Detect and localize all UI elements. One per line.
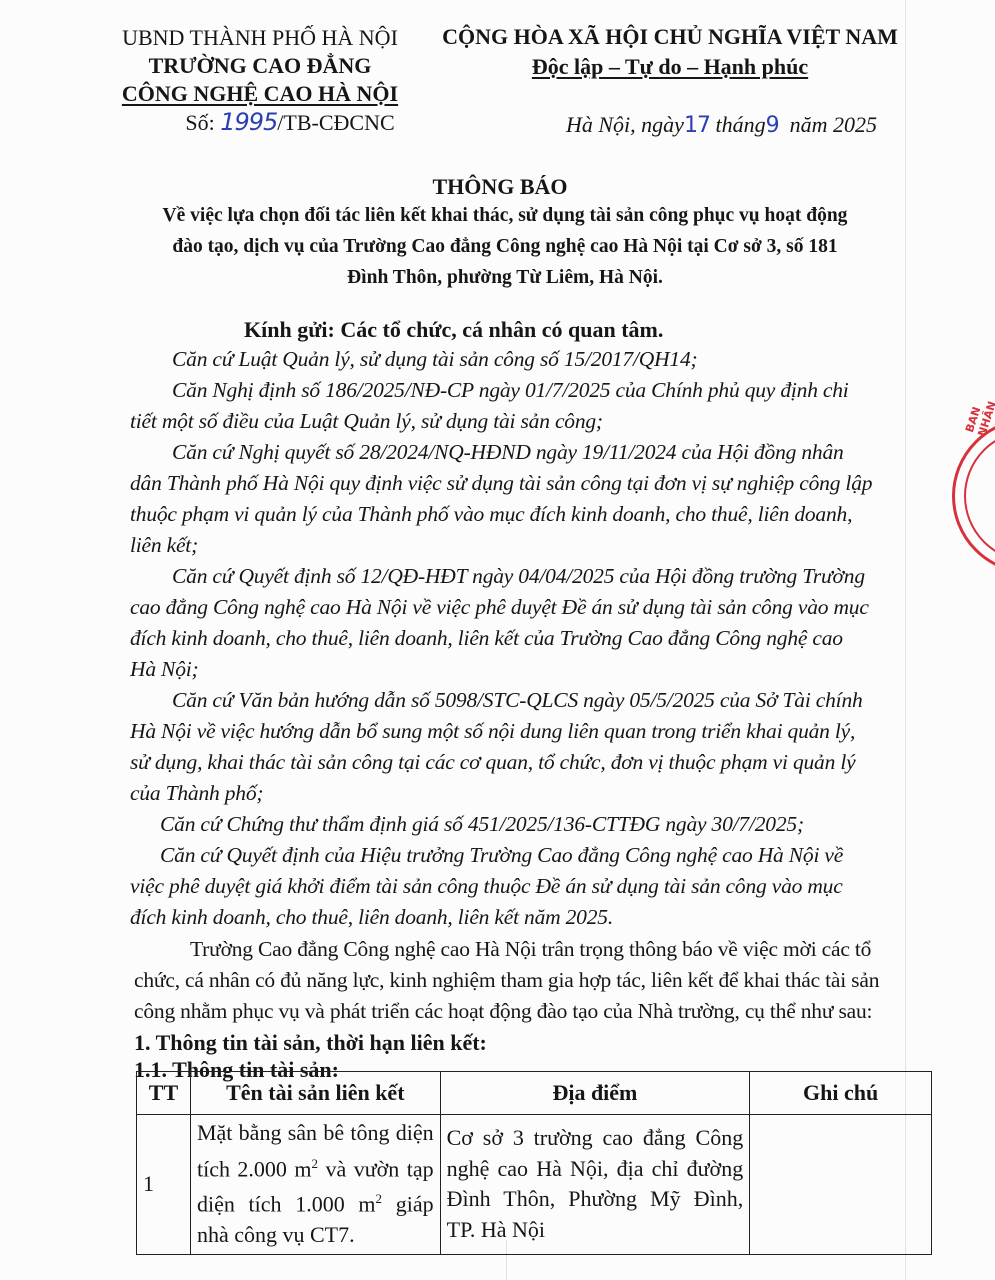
legal-basis-line: Căn cứ Chứng thư thẩm định giá số 451/20… <box>160 812 804 837</box>
column-header-asset-name: Tên tài sản liên kết <box>190 1072 440 1115</box>
legal-basis-line: cao đẳng Công nghệ cao Hà Nội về việc ph… <box>130 595 869 620</box>
section-heading: 1. Thông tin tài sản, thời hạn liên kết: <box>134 1030 487 1056</box>
legal-basis-line: việc phê duyệt giá khởi điểm tài sản côn… <box>130 874 843 899</box>
cell-tt: 1 <box>137 1115 191 1255</box>
cell-location: Cơ sở 3 trường cao đẳng Công nghệ cao Hà… <box>440 1115 750 1255</box>
cell-asset-name: Mặt bằng sân bê tông diện tích 2.000 m2 … <box>190 1115 440 1255</box>
nation-name: CỘNG HÒA XÃ HỘI CHỦ NGHĨA VIỆT NAM <box>435 22 905 52</box>
legal-basis-line: thuộc phạm vi quản lý của Thành phố vào … <box>130 502 852 527</box>
legal-basis-line: dân Thành phố Hà Nội quy định việc sử dụ… <box>130 471 872 496</box>
intro-line: công nhằm phục vụ và phát triển các hoạt… <box>134 999 872 1024</box>
document-number: Số: 1995/TB-CĐCNC <box>100 108 420 137</box>
document-subtitle: Về việc lựa chọn đối tác liên kết khai t… <box>140 200 870 293</box>
legal-basis-line: tiết một số điều của Luật Quản lý, sử dụ… <box>130 409 603 434</box>
legal-basis-line: Căn cứ Quyết định số 12/QĐ-HĐT ngày 04/0… <box>172 564 865 589</box>
issuing-organization: UBND THÀNH PHỐ HÀ NỘI TRƯỜNG CAO ĐẲNG CÔ… <box>100 24 420 137</box>
legal-basis-line: Căn cứ Văn bản hướng dẫn số 5098/STC-QLC… <box>172 688 863 713</box>
asset-table: TT Tên tài sản liên kết Địa điểm Ghi chú… <box>136 1071 932 1255</box>
table-row: 1 Mặt bằng sân bê tông diện tích 2.000 m… <box>137 1115 932 1255</box>
org-name-line2: CÔNG NGHỆ CAO HÀ NỘI <box>100 80 420 108</box>
legal-basis-line: Căn Nghị định số 186/2025/NĐ-CP ngày 01/… <box>172 378 849 403</box>
table-header-row: TT Tên tài sản liên kết Địa điểm Ghi chú <box>137 1072 932 1115</box>
intro-line: chức, cá nhân có đủ năng lực, kinh nghiệ… <box>134 968 879 993</box>
legal-basis-line: Căn cứ Quyết định của Hiệu trưởng Trường… <box>160 843 843 868</box>
legal-basis-line: Hà Nội về việc hướng dẫn bổ sung một số … <box>130 719 855 744</box>
column-header-tt: TT <box>137 1072 191 1115</box>
legal-basis-line: đích kinh doanh, cho thuê, liên doanh, l… <box>130 626 843 651</box>
handwritten-month: 9 <box>766 113 779 138</box>
recipient: Kính gửi: Các tổ chức, cá nhân có quan t… <box>244 317 663 343</box>
official-stamp <box>952 418 995 574</box>
org-name-line1: TRƯỜNG CAO ĐẲNG <box>100 52 420 80</box>
issue-date: Hà Nội, ngày17 tháng9 năm 2025 <box>566 112 877 138</box>
legal-basis-line: liên kết; <box>130 533 198 558</box>
handwritten-number: 1995 <box>220 108 277 136</box>
nation-motto: Độc lập – Tự do – Hạnh phúc <box>435 52 905 82</box>
column-header-note: Ghi chú <box>750 1072 932 1115</box>
legal-basis-line: Căn cứ Luật Quản lý, sử dụng tài sản côn… <box>172 347 697 372</box>
national-header: CỘNG HÒA XÃ HỘI CHỦ NGHĨA VIỆT NAM Độc l… <box>435 22 905 82</box>
document-title: THÔNG BÁO <box>140 174 860 200</box>
cell-note <box>750 1115 932 1255</box>
legal-basis-line: đích kinh doanh, cho thuê, liên doanh, l… <box>130 905 613 930</box>
intro-line: Trường Cao đẳng Công nghệ cao Hà Nội trâ… <box>190 937 871 962</box>
legal-basis-line: sử dụng, khai thác tài sản công tại các … <box>130 750 855 775</box>
column-header-location: Địa điểm <box>440 1072 750 1115</box>
handwritten-day: 17 <box>684 113 710 138</box>
org-parent: UBND THÀNH PHỐ HÀ NỘI <box>100 24 420 52</box>
legal-basis-line: Căn cứ Nghị quyết số 28/2024/NQ-HĐND ngà… <box>172 440 844 465</box>
legal-basis-line: của Thành phố; <box>130 781 263 806</box>
legal-basis-line: Hà Nội; <box>130 657 198 682</box>
